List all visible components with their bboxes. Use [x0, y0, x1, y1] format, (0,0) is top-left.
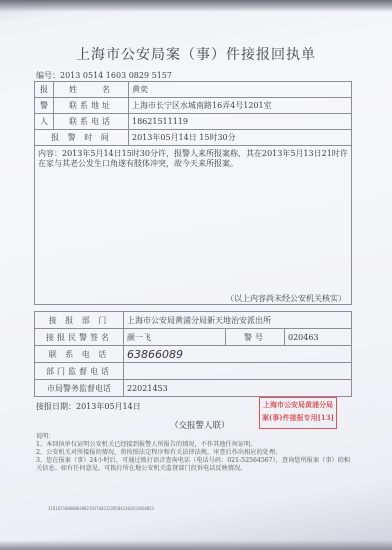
serial-number: 2013 0514 1603 0829 5157: [60, 71, 172, 80]
dept-label: 接 报 部 门: [35, 312, 124, 329]
contact-phone-value: 63866089: [124, 346, 352, 363]
serial-label: 编号：: [36, 71, 60, 80]
dept-value: 上海市公安局黄浦分局新天地治安派出所: [124, 312, 352, 329]
report-date-label: 接报日期：: [36, 402, 76, 411]
paper-fold-top: [0, 0, 392, 12]
paper-fold-bottom: [0, 540, 392, 550]
serial-number-line: 编号：2013 0514 1603 0829 5157: [36, 70, 172, 81]
contact-phone-label: 联 系 电 话: [35, 346, 124, 363]
content-text: 内容：2013年5月14日15时30分许，报警人来所报案称，其在2013年5月1…: [38, 149, 348, 169]
note-item-2: 2、公安机关对所接报的情况，将按照法定程序和有关法律法规，审查后作出相应的处理。: [36, 449, 356, 457]
officer-label: 接报民警签名: [35, 329, 124, 346]
reporter-group-char-2: 警: [35, 98, 54, 114]
content-note: （以上内容尚未经公安机关核实）: [38, 169, 348, 304]
city-supervise-label: 市局警务监督电话: [35, 380, 124, 397]
copy-label: （交报警人联）: [170, 419, 230, 431]
reporter-group-char-3: 人: [35, 114, 54, 130]
report-date-line: 接报日期：2013年05月14日: [36, 401, 141, 412]
official-seal-stamp: 上海市公安局黄浦分局 案(事)件接报专用[13]: [259, 397, 337, 429]
dept-supervise-value: [124, 363, 352, 380]
note-item-1: 1、本回执单仅证明公安机关已经接到报警人所报告的情况，不作其他任何证明。: [36, 441, 356, 449]
phone-label: 联系电话: [54, 114, 129, 130]
stamp-line-2: 案(事)件接报专用[13]: [260, 411, 336, 424]
document-title: 上海市公安局案（事）件接报回执单: [0, 44, 392, 64]
city-supervise-value: 22021453: [124, 380, 352, 397]
badge-label: 警号: [226, 329, 285, 346]
address-label: 联系地址: [54, 98, 129, 114]
notes-section: 说明： 1、本回执单仅证明公安机关已经接到报警人所报告的情况，不作其他任何证明。…: [36, 433, 356, 473]
report-date-value: 2013年05月14日: [76, 402, 141, 411]
stamp-line-1: 上海市公安局黄浦分局: [260, 398, 336, 411]
barcode-number: 3101015600000380218376023220504120201305…: [48, 506, 154, 511]
badge-value: 020463: [285, 329, 352, 346]
address-value: 上海市长宁区水城南路16弄4号1201室: [129, 98, 352, 114]
report-time-value: 2013年05月14日 15时30分: [129, 130, 352, 146]
report-time-label: 报 警 时 间: [35, 130, 129, 146]
receiving-table: 接 报 部 门 上海市公安局黄浦分局新天地治安派出所 接报民警签名 颜一飞 警号…: [34, 311, 352, 397]
notes-heading: 说明：: [36, 433, 356, 441]
dept-supervise-label: 部门监督电话: [35, 363, 124, 380]
phone-value: 18621511119: [129, 114, 352, 130]
name-value: 黄奕: [129, 82, 352, 98]
officer-value: 颜一飞: [124, 329, 226, 346]
reporter-table: 报 姓 名 黄奕 警 联系地址 上海市长宁区水城南路16弄4号1201室 人 联…: [34, 81, 352, 305]
reporter-group-char-1: 报: [35, 82, 54, 98]
note-item-3: 3、您在报案（事）24小时后，可通过拨打语音查询电话（电话号码：021-5256…: [36, 457, 356, 473]
content-cell: 内容：2013年5月14日15时30分许，报警人来所报案称，其在2013年5月1…: [35, 146, 352, 305]
name-label: 姓 名: [54, 82, 129, 98]
